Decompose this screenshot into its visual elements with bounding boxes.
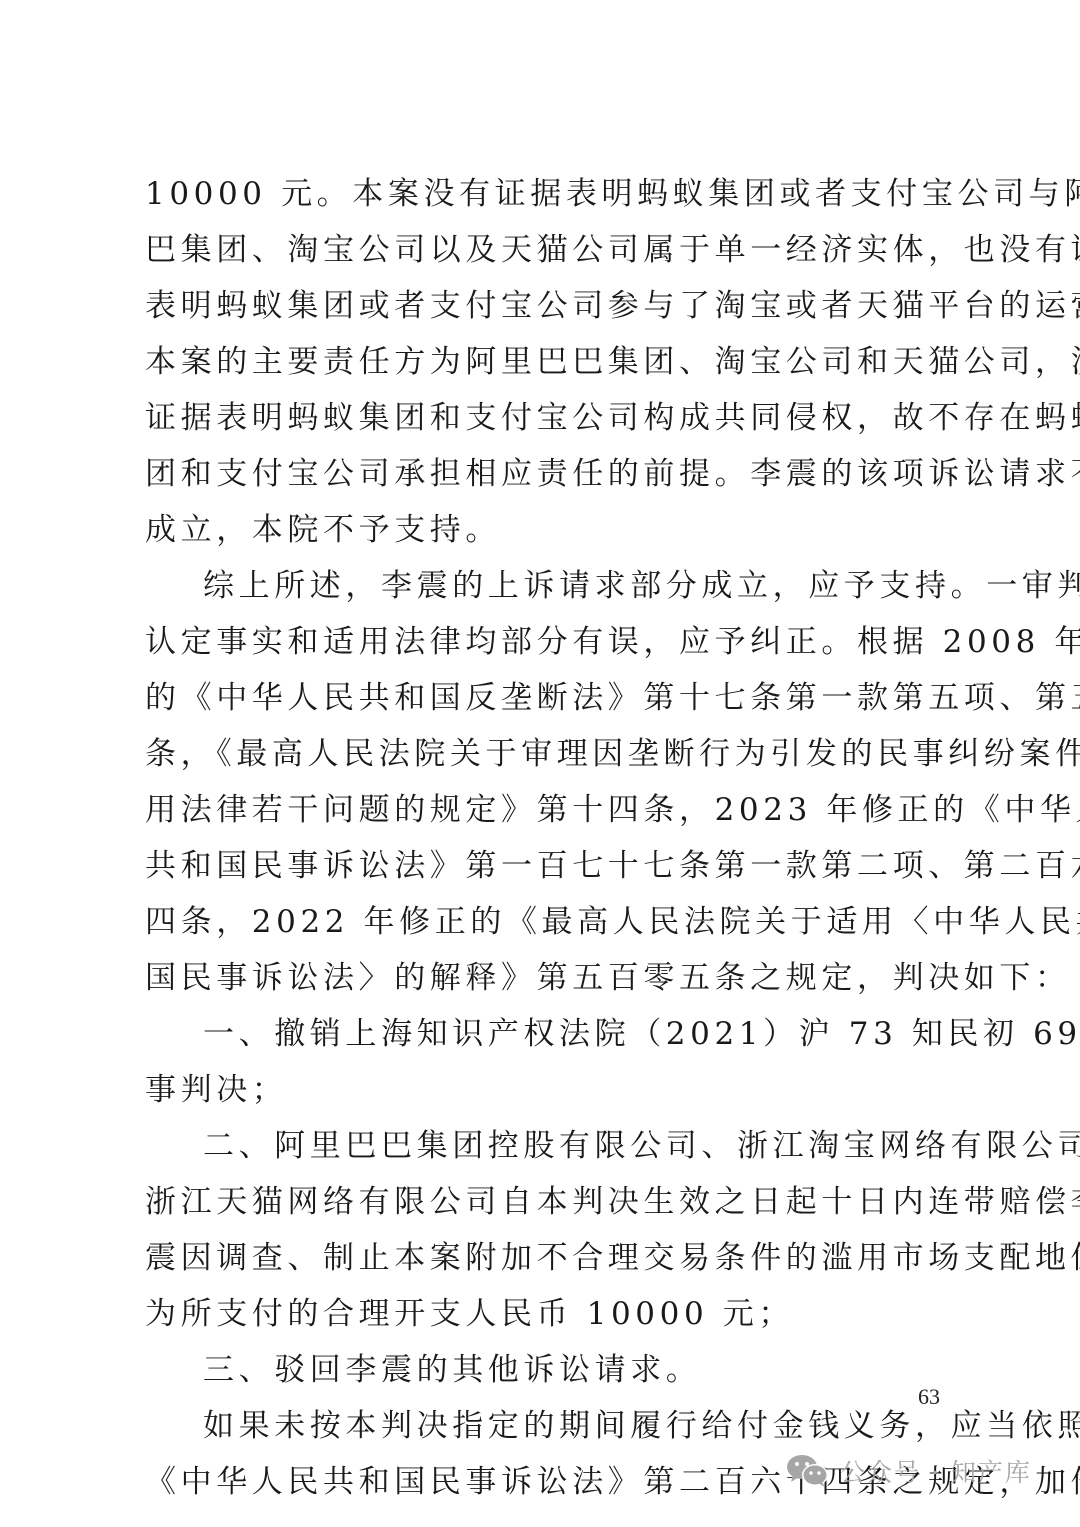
text-line: 震因调查、制止本案附加不合理交易条件的滥用市场支配地位行 [145,1230,945,1286]
text-line: 事判决； [145,1062,945,1118]
text-line: 认定事实和适用法律均部分有误，应予纠正。根据 2008 年施行 [145,614,945,670]
text-line: 条，《最高人民法院关于审理因垄断行为引发的民事纠纷案件应 [145,726,945,782]
text-line: 的《中华人民共和国反垄断法》第十七条第一款第五项、第五十 [145,670,945,726]
judgment-body-text: 10000 元。本案没有证据表明蚂蚁集团或者支付宝公司与阿里巴 巴集团、淘宝公司… [145,166,945,1510]
text-line: 表明蚂蚁集团或者支付宝公司参与了淘宝或者天猫平台的运营。 [145,278,945,334]
judgment-item-1: 一、撤销上海知识产权法院（2021）沪 73 知民初 690 号民 [145,1006,945,1062]
text-line: 综上所述，李震的上诉请求部分成立，应予支持。一审判决 [145,558,945,614]
text-line: 用法律若干问题的规定》第十四条，2023 年修正的《中华人民 [145,782,945,838]
text-line: 浙江天猫网络有限公司自本判决生效之日起十日内连带赔偿李 [145,1174,945,1230]
text-line: 四条，2022 年修正的《最高人民法院关于适用〈中华人民共和 [145,894,945,950]
text-line: 巴集团、淘宝公司以及天猫公司属于单一经济实体，也没有证据 [145,222,945,278]
text-line: 10000 元。本案没有证据表明蚂蚁集团或者支付宝公司与阿里巴 [145,166,945,222]
document-page: 10000 元。本案没有证据表明蚂蚁集团或者支付宝公司与阿里巴 巴集团、淘宝公司… [0,0,1080,1527]
wechat-watermark: 公众号 · 知产库 [786,1453,1032,1489]
text-line: 成立，本院不予支持。 [145,502,945,558]
judgment-item-3: 三、驳回李震的其他诉讼请求。 [145,1342,945,1398]
text-line: 证据表明蚂蚁集团和支付宝公司构成共同侵权，故不存在蚂蚁集 [145,390,945,446]
text-line: 本案的主要责任方为阿里巴巴集团、淘宝公司和天猫公司，没有 [145,334,945,390]
watermark-text: 公众号 · 知产库 [840,1453,1032,1489]
text-line: 共和国民事诉讼法》第一百七十七条第一款第二项、第二百六十 [145,838,945,894]
text-line: 为所支付的合理开支人民币 10000 元； [145,1286,945,1342]
text-line: 如果未按本判决指定的期间履行给付金钱义务，应当依照 [145,1398,945,1454]
wechat-icon [786,1454,830,1488]
text-line: 团和支付宝公司承担相应责任的前提。李震的该项诉讼请求不能 [145,446,945,502]
page-number: 63 [918,1384,940,1410]
judgment-item-2: 二、阿里巴巴集团控股有限公司、浙江淘宝网络有限公司、 [145,1118,945,1174]
text-line: 国民事诉讼法〉的解释》第五百零五条之规定，判决如下： [145,950,945,1006]
